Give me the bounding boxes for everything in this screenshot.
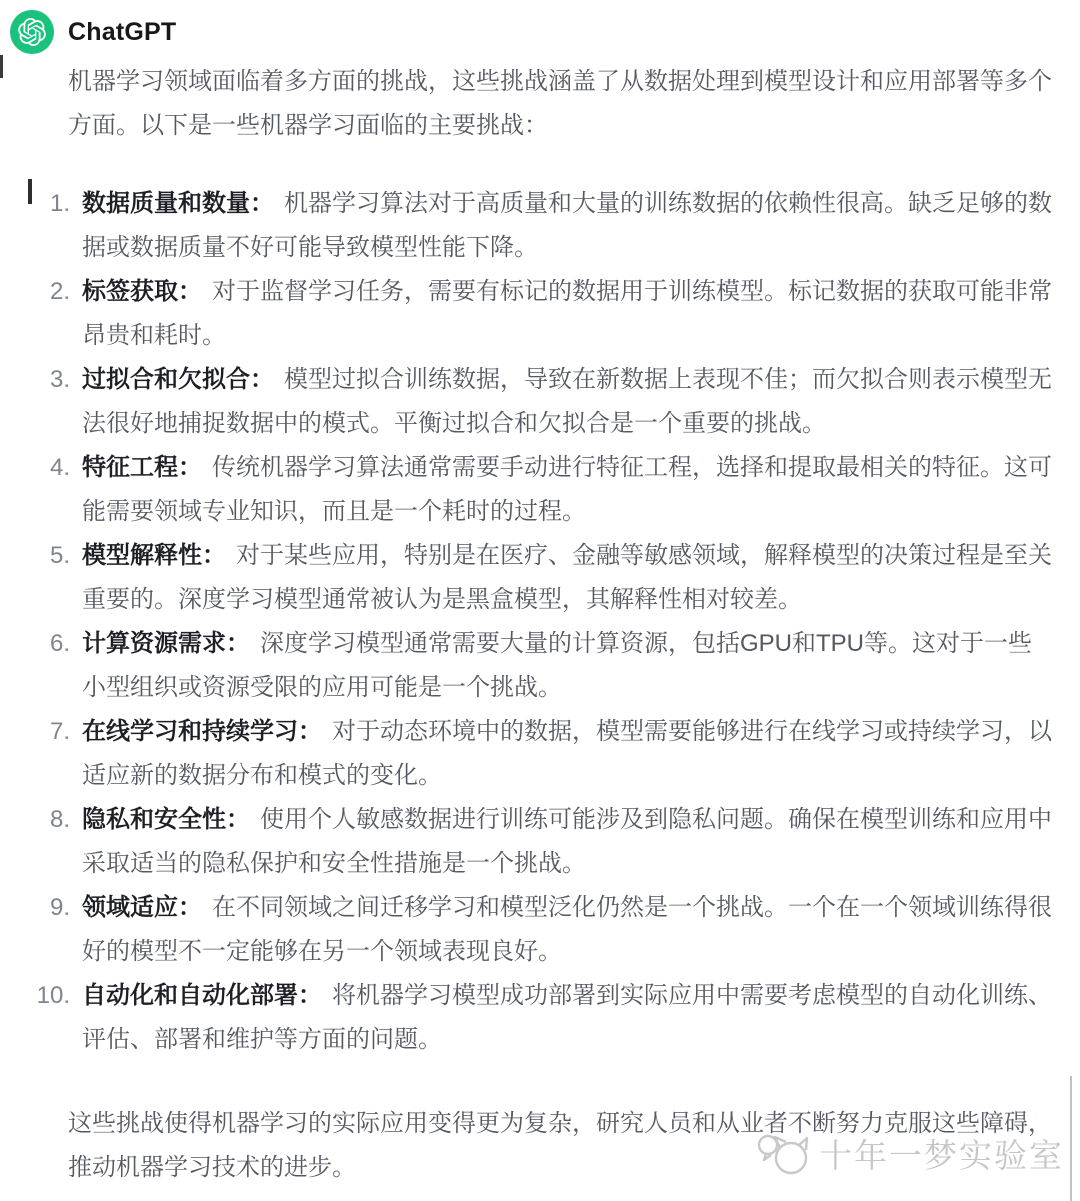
list-item: 10. 自动化和自动化部署：将机器学习模型成功部署到实际应用中需要考虑模型的自动… (26, 974, 1054, 1062)
item-text: 对于某些应用，特别是在医疗、金融等敏感领域，解释模型的决策过程是至关重要的。深度… (82, 542, 1052, 613)
item-text: 在不同领域之间迁移学习和模型泛化仍然是一个挑战。一个在一个领域训练得很好的模型不… (82, 894, 1052, 965)
list-item: 6. 计算资源需求：深度学习模型通常需要大量的计算资源，包括GPU和TPU等。这… (26, 622, 1054, 710)
list-item: 9. 领域适应：在不同领域之间迁移学习和模型泛化仍然是一个挑战。一个在一个领域训… (26, 886, 1054, 974)
intro-paragraph: 机器学习领域面临着多方面的挑战，这些挑战涵盖了从数据处理到模型设计和应用部署等多… (68, 60, 1054, 148)
item-title: 在线学习和持续学习： (82, 718, 322, 745)
screenshot-artifact (0, 55, 3, 78)
item-title: 领域适应： (82, 894, 202, 921)
item-number: 5. (26, 534, 82, 622)
list-item: 5. 模型解释性：对于某些应用，特别是在医疗、金融等敏感领域，解释模型的决策过程… (26, 534, 1054, 622)
item-number: 7. (26, 710, 82, 798)
list-item: 3. 过拟合和欠拟合：模型过拟合训练数据，导致在新数据上表现不佳；而欠拟合则表示… (26, 358, 1054, 446)
item-text: 传统机器学习算法通常需要手动进行特征工程，选择和提取最相关的特征。这可能需要领域… (82, 454, 1052, 525)
item-number: 4. (26, 446, 82, 534)
watermark-divider-line (1070, 1076, 1072, 1201)
item-number: 1. (26, 182, 82, 270)
item-number: 8. (26, 798, 82, 886)
item-body: 领域适应：在不同领域之间迁移学习和模型泛化仍然是一个挑战。一个在一个领域训练得很… (82, 886, 1054, 974)
item-body: 标签获取：对于监督学习任务，需要有标记的数据用于训练模型。标记数据的获取可能非常… (82, 270, 1054, 358)
item-body: 在线学习和持续学习：对于动态环境中的数据，模型需要能够进行在线学习或持续学习，以… (82, 710, 1054, 798)
list-item: 7. 在线学习和持续学习：对于动态环境中的数据，模型需要能够进行在线学习或持续学… (26, 710, 1054, 798)
challenges-list: 1. 数据质量和数量：机器学习算法对于高质量和大量的训练数据的依赖性很高。缺乏足… (26, 182, 1054, 1062)
item-body: 特征工程：传统机器学习算法通常需要手动进行特征工程，选择和提取最相关的特征。这可… (82, 446, 1054, 534)
item-text: 对于监督学习任务，需要有标记的数据用于训练模型。标记数据的获取可能非常昂贵和耗时… (82, 278, 1052, 349)
assistant-message: ChatGPT 机器学习领域面临着多方面的挑战，这些挑战涵盖了从数据处理到模型设… (0, 0, 1080, 1190)
item-title: 自动化和自动化部署： (82, 982, 322, 1009)
item-number: 3. (26, 358, 82, 446)
list-item: 1. 数据质量和数量：机器学习算法对于高质量和大量的训练数据的依赖性很高。缺乏足… (26, 182, 1054, 270)
item-title: 标签获取： (82, 278, 202, 305)
item-title: 特征工程： (82, 454, 202, 481)
item-number: 2. (26, 270, 82, 358)
screenshot-artifact (28, 179, 32, 204)
item-body: 过拟合和欠拟合：模型过拟合训练数据，导致在新数据上表现不佳；而欠拟合则表示模型无… (82, 358, 1054, 446)
item-body: 模型解释性：对于某些应用，特别是在医疗、金融等敏感领域，解释模型的决策过程是至关… (82, 534, 1054, 622)
item-body: 数据质量和数量：机器学习算法对于高质量和大量的训练数据的依赖性很高。缺乏足够的数… (82, 182, 1054, 270)
item-title: 数据质量和数量： (82, 190, 274, 217)
item-number: 10. (26, 974, 82, 1062)
item-body: 隐私和安全性：使用个人敏感数据进行训练可能涉及到隐私问题。确保在模型训练和应用中… (82, 798, 1054, 886)
list-item: 8. 隐私和安全性：使用个人敏感数据进行训练可能涉及到隐私问题。确保在模型训练和… (26, 798, 1054, 886)
item-title: 计算资源需求： (82, 630, 250, 657)
item-title: 过拟合和欠拟合： (82, 366, 274, 393)
message-content: 机器学习领域面临着多方面的挑战，这些挑战涵盖了从数据处理到模型设计和应用部署等多… (68, 60, 1054, 1190)
assistant-name: ChatGPT (68, 18, 176, 47)
openai-logo-icon (18, 18, 46, 46)
item-body: 自动化和自动化部署：将机器学习模型成功部署到实际应用中需要考虑模型的自动化训练、… (82, 974, 1054, 1062)
item-title: 模型解释性： (82, 542, 226, 569)
list-item: 2. 标签获取：对于监督学习任务，需要有标记的数据用于训练模型。标记数据的获取可… (26, 270, 1054, 358)
message-header: ChatGPT (10, 8, 1054, 56)
list-item: 4. 特征工程：传统机器学习算法通常需要手动进行特征工程，选择和提取最相关的特征… (26, 446, 1054, 534)
item-title: 隐私和安全性： (82, 806, 250, 833)
item-number: 9. (26, 886, 82, 974)
item-number: 6. (26, 622, 82, 710)
conclusion-paragraph: 这些挑战使得机器学习的实际应用变得更为复杂，研究人员和从业者不断努力克服这些障碍… (68, 1102, 1054, 1190)
item-body: 计算资源需求：深度学习模型通常需要大量的计算资源，包括GPU和TPU等。这对于一… (82, 622, 1054, 710)
chatgpt-avatar (10, 10, 54, 54)
chatgpt-response-page: ChatGPT 机器学习领域面临着多方面的挑战，这些挑战涵盖了从数据处理到模型设… (0, 0, 1080, 1201)
